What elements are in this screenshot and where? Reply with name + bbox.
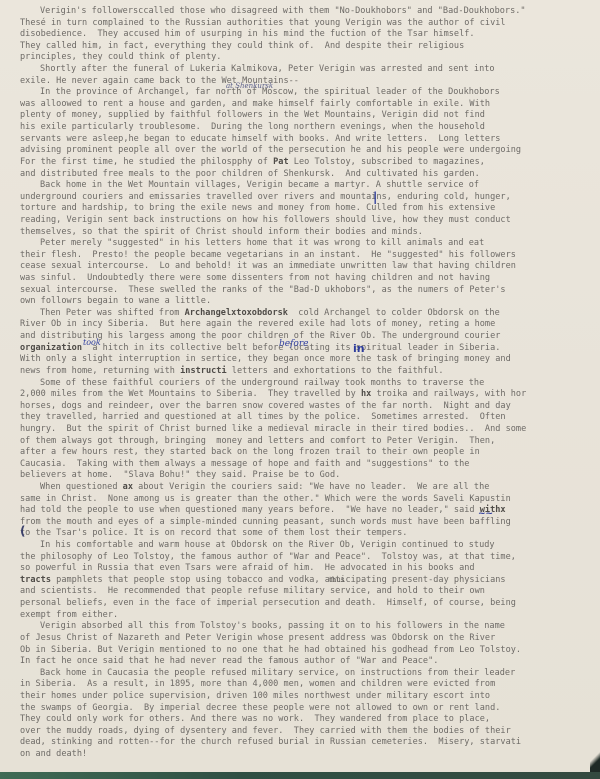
- text-line: Then Peter was shifted from Archangelxto…: [20, 308, 595, 320]
- text-line: 2,000 miles from the Wet Mountains to Si…: [20, 389, 595, 401]
- text-line: Shortly after the funeral of Lukeria Kal…: [20, 64, 595, 76]
- handwritten-annotation-in: in: [353, 342, 365, 355]
- text-line: Verigin absorbed all this from Tolstoy's…: [20, 621, 595, 633]
- text-line: and scientists. He recommended that peop…: [20, 586, 595, 598]
- text-line: so powerful in Russia that even Tsars we…: [20, 563, 595, 575]
- text-line: reading, Verigin sent back instructions …: [20, 215, 595, 227]
- handwritten-annotation-took: took: [83, 338, 101, 347]
- pen-strike-mark: ~~: [478, 509, 493, 519]
- text-line: Verigin's followersccalled those who dis…: [20, 6, 595, 18]
- text-line: from the mouth and eyes of a simple-mind…: [20, 517, 595, 529]
- text-line: They called him, in fact, everything the…: [20, 41, 595, 53]
- text-line: of them always got through, bringing mon…: [20, 436, 595, 448]
- text-line: on and death!: [20, 749, 595, 761]
- pen-correction-mark: |: [373, 190, 377, 204]
- text-line: Back home in the Wet Mountain villages, …: [20, 180, 595, 192]
- pen-margin-mark: (: [20, 524, 25, 538]
- typewritten-text-body: Verigin's followersccalled those who dis…: [20, 6, 595, 761]
- text-line: exile. He never again came back to the W…: [20, 76, 595, 88]
- text-line: principles, they could think of plenty.: [20, 52, 595, 64]
- text-line: tracts pamphlets that people stop using …: [20, 575, 595, 587]
- text-line: of Jesus Christ of Nazareth and Peter Ve…: [20, 633, 595, 645]
- handwritten-annotation-shenkursk: at Shenkursk: [226, 82, 273, 90]
- text-line: cease sexual intercourse. Lo and behold!…: [20, 261, 595, 273]
- handwritten-annotation-thus: thus: [329, 576, 344, 584]
- text-line: in Siberia. As a result, in 1895, more t…: [20, 679, 595, 691]
- text-line: over the muddy roads, dying of dysentery…: [20, 726, 595, 738]
- text-line: personal beliefs, even in the face of im…: [20, 598, 595, 610]
- text-line: Thesé in turn complained to the Russian …: [20, 18, 595, 30]
- text-line: Caucasia. Taking with them always a mess…: [20, 459, 595, 471]
- text-line: to the Tsar's police. It is on record th…: [20, 528, 595, 540]
- text-line: had told the people to use when question…: [20, 505, 595, 517]
- text-line: exempt from either.: [20, 610, 595, 622]
- text-line: With only a slight interruption in serti…: [20, 354, 595, 366]
- document-page: Verigin's followersccalled those who dis…: [0, 0, 600, 772]
- text-line: Back home in Caucasia the people refused…: [20, 668, 595, 680]
- text-line: the swamps of Georgia. By imperial decre…: [20, 703, 595, 715]
- text-line: was alloowed to rent a house and garden,…: [20, 99, 595, 111]
- text-line: For the first time, he studied the philo…: [20, 157, 595, 169]
- text-line: after a few hours rest, they started bac…: [20, 447, 595, 459]
- text-line: plenty of money, supplied by faithful fo…: [20, 110, 595, 122]
- text-line: sexual intercourse. These swelled the ra…: [20, 285, 595, 297]
- text-line: River Ob in incy Siberia. But here again…: [20, 319, 595, 331]
- text-line: they travelled, harried and questioned a…: [20, 412, 595, 424]
- page-corner-shadow: [590, 748, 600, 772]
- text-line: dead, stinking and rotten--for the churc…: [20, 737, 595, 749]
- text-line: In the province of Archangel, far north …: [20, 87, 595, 99]
- text-line: same in Christ. None among us is greater…: [20, 494, 595, 506]
- text-line: servants were asleep,he began to educate…: [20, 134, 595, 146]
- text-line: They could only work for others. And the…: [20, 714, 595, 726]
- text-line: disobedience. They accused him of usurpi…: [20, 29, 595, 41]
- text-line: was sinful. Undoubtedly there were some …: [20, 273, 595, 285]
- text-line: horses, dogs and reindeer, over the barr…: [20, 401, 595, 413]
- text-line: the philosophy of Leo Tolstoy, the famou…: [20, 552, 595, 564]
- text-line: torture and hardship, to bring the exile…: [20, 203, 595, 215]
- text-line: Peter merely "suggested" in his letters …: [20, 238, 595, 250]
- text-line: underground couriers and emissaries trav…: [20, 192, 595, 204]
- text-line: themselves, so that the spirit of Christ…: [20, 227, 595, 239]
- text-line: his exile particularly troublesome. Duri…: [20, 122, 595, 134]
- text-line: Some of these faithful couriers of the u…: [20, 378, 595, 390]
- handwritten-annotation-before: before: [279, 339, 308, 349]
- text-line: their flesh. Presto! the people became v…: [20, 250, 595, 262]
- text-line: news from home, returning with instructi…: [20, 366, 595, 378]
- text-line: In fact he once said that he had never r…: [20, 656, 595, 668]
- text-line: believers at home. "Slava Bohu!" they sa…: [20, 470, 595, 482]
- text-line: Ob in Siberia. But Verigin mentioned to …: [20, 645, 595, 657]
- text-line: own followrs begain to wane a little.: [20, 296, 595, 308]
- text-line: and distributed free meals to the poor c…: [20, 169, 595, 181]
- text-line: advising prominent people all over the w…: [20, 145, 595, 157]
- text-line: hungry. But the spirit of Christ burned …: [20, 424, 595, 436]
- text-line: In his comfortable and warm house at Obd…: [20, 540, 595, 552]
- text-line: their homes under police supervision, dr…: [20, 691, 595, 703]
- scan-background-edge: [0, 772, 600, 779]
- text-line: When questioned ax about Verigin the cou…: [20, 482, 595, 494]
